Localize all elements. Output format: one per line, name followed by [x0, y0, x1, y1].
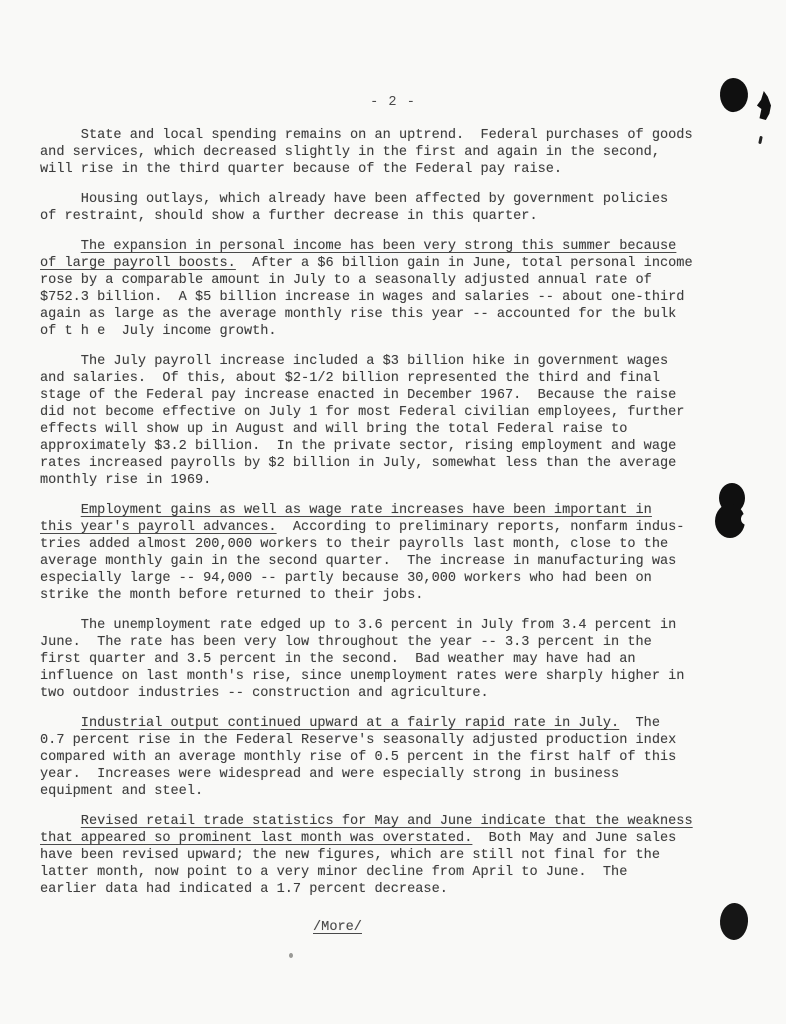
underlined-text: Industrial output continued upward at a … — [81, 716, 619, 731]
paragraph: Industrial output continued upward at a … — [40, 715, 716, 800]
body-text: The unemployment rate edged up to 3.6 pe… — [40, 618, 684, 701]
paragraph: State and local spending remains on an u… — [40, 127, 716, 178]
body-text — [40, 814, 81, 829]
body-text — [40, 239, 81, 254]
body-text: The July payroll increase included a $3 … — [40, 354, 684, 488]
body-text — [40, 503, 81, 518]
body-text: Housing outlays, which already have been… — [40, 192, 668, 224]
body-text — [40, 716, 81, 731]
paragraph: The unemployment rate edged up to 3.6 pe… — [40, 617, 716, 702]
ink-blob-bottom-icon — [719, 902, 749, 940]
ink-speck-footer-icon — [289, 953, 293, 958]
page-number: - 2 - — [0, 95, 786, 110]
paragraph: Housing outlays, which already have been… — [40, 191, 716, 225]
paragraph: Employment gains as well as wage rate in… — [40, 502, 716, 604]
ink-speck-top-icon — [758, 136, 763, 144]
document-body: State and local spending remains on an u… — [40, 127, 716, 898]
paragraph: The July payroll increase included a $3 … — [40, 353, 716, 489]
scanned-document-page: - 2 - State and local spending remains o… — [0, 0, 786, 1024]
paragraph: Revised retail trade statistics for May … — [40, 813, 716, 898]
ink-blob-middle-icon — [714, 481, 754, 543]
body-text: State and local spending remains on an u… — [40, 128, 693, 177]
more-continuation-marker: /More/ — [313, 920, 362, 935]
paragraph: The expansion in personal income has bee… — [40, 238, 716, 340]
